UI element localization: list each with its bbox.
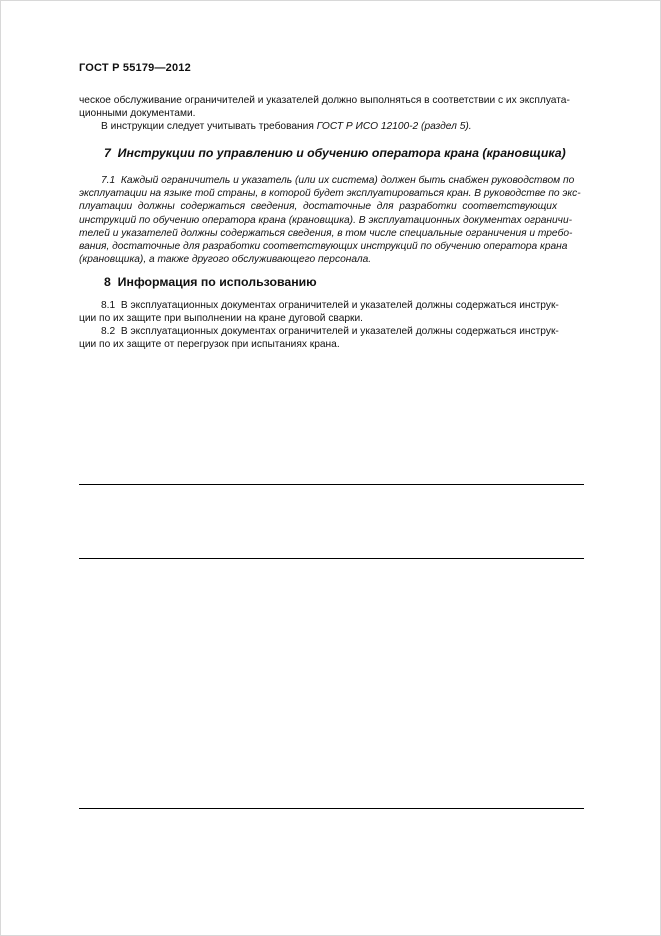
horizontal-rule-bottom bbox=[79, 808, 584, 809]
horizontal-rule-top bbox=[79, 484, 584, 485]
paragraph-7-1: 7.1 Каждый ограничитель и указатель (или… bbox=[79, 174, 584, 266]
colophon-technical-editor bbox=[79, 730, 584, 743]
colophon-editor bbox=[79, 717, 584, 730]
paragraph-maintenance-continuation: ческое обслуживание ограничителей и указ… bbox=[79, 94, 584, 120]
colophon-staff-block bbox=[79, 717, 584, 768]
paragraph-instruction-note: В инструкции следует учитывать требовани… bbox=[79, 120, 584, 133]
horizontal-rule-middle bbox=[79, 558, 584, 559]
paragraph-8-2: 8.2 В эксплуатационных документах ограни… bbox=[79, 325, 584, 351]
document-number-header: ГОСТ Р 55179—2012 bbox=[79, 62, 584, 74]
document-page: ГОСТ Р 55179—2012 ческое обслуживание ог… bbox=[0, 0, 661, 936]
colophon-layout bbox=[79, 755, 584, 768]
instruction-note-text: В инструкции следует учитывать требовани… bbox=[101, 121, 317, 132]
section-8-heading: 8 Информация по использованию bbox=[79, 275, 609, 289]
keywords-line bbox=[79, 532, 584, 565]
standard-reference: ГОСТ Р ИСО 12100-2 (раздел 5). bbox=[317, 121, 472, 132]
section-7-heading: 7 Инструкции по управлению и обучению оп… bbox=[79, 146, 609, 160]
colophon-corrector bbox=[79, 743, 584, 756]
paragraph-8-1: 8.1 В эксплуатационных документах ограни… bbox=[79, 299, 584, 325]
